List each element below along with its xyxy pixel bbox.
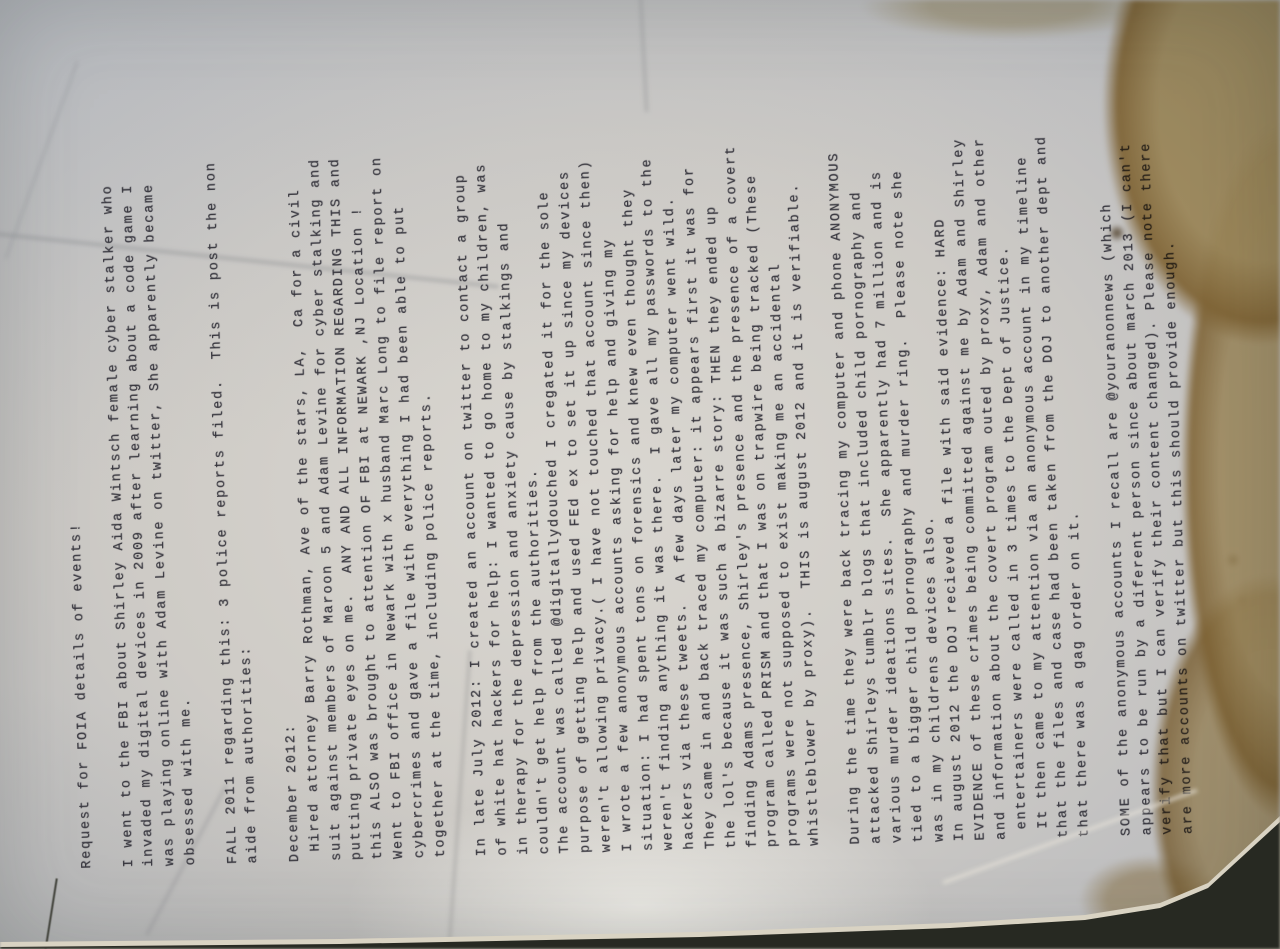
water-stain: [0, 0, 1280, 949]
photo-of-document: Request for FOIA details of events! I we…: [0, 0, 1280, 949]
